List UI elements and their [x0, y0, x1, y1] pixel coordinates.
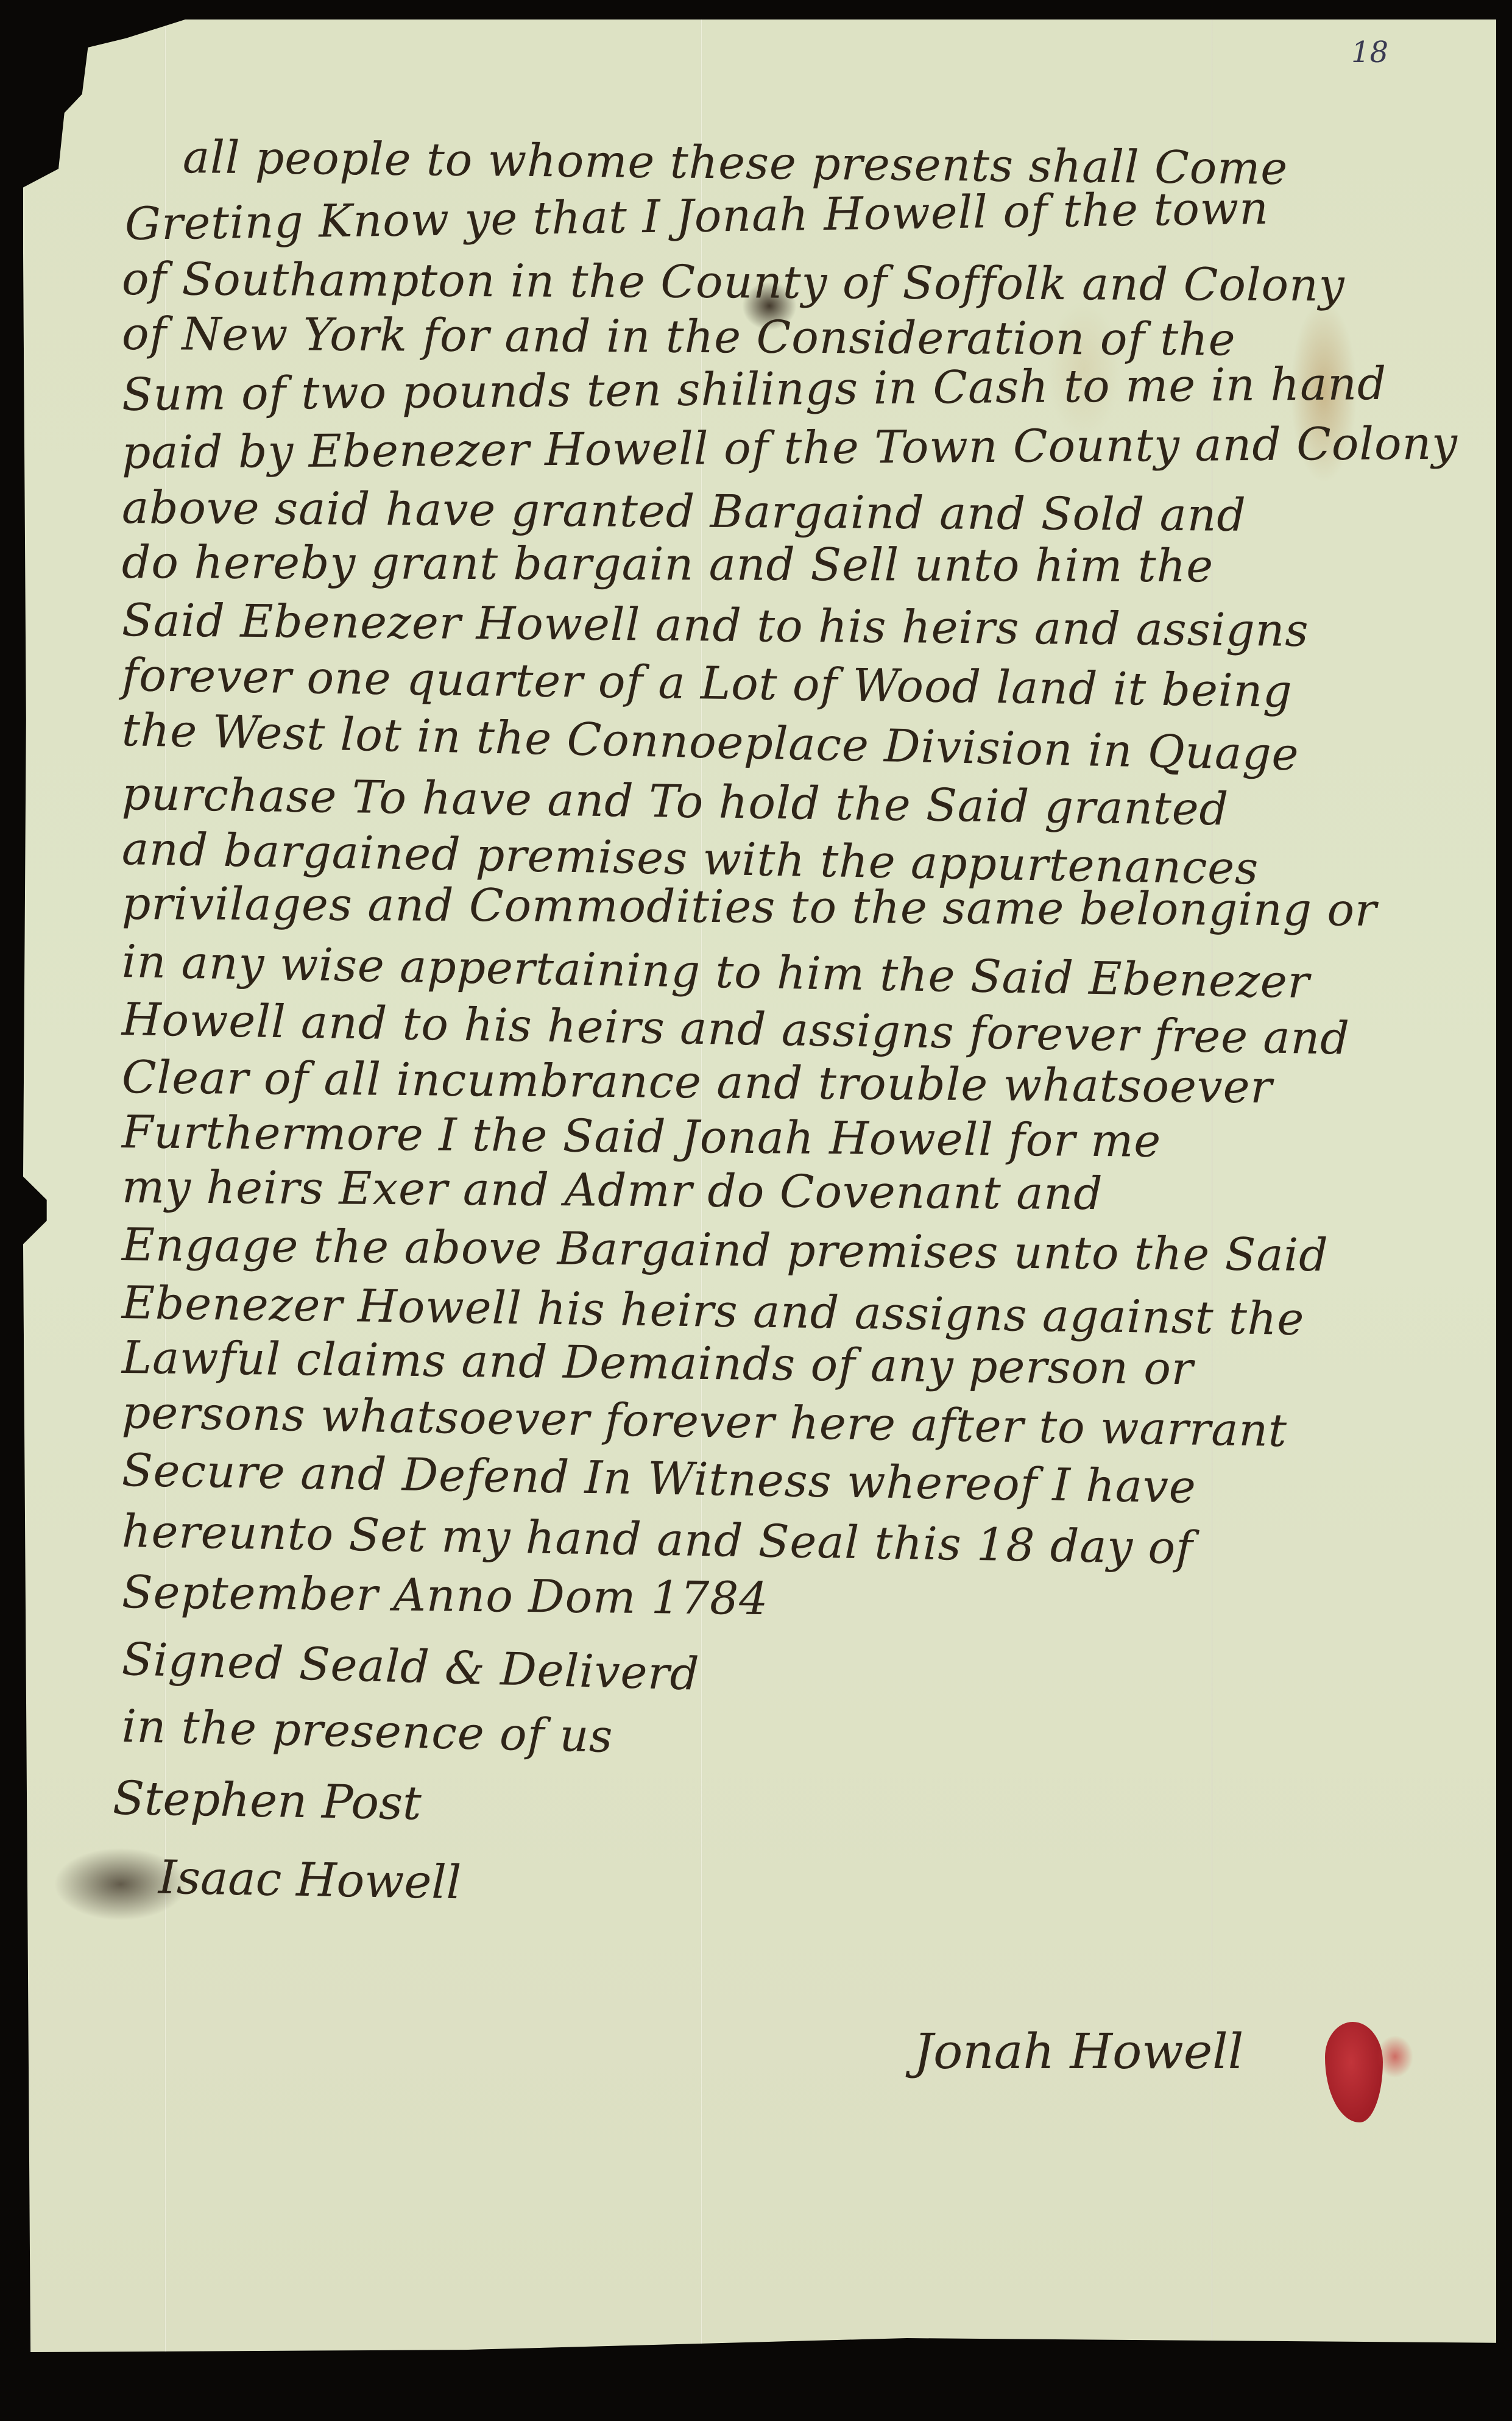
wax-seal-smear: [1377, 2035, 1413, 2078]
witness-signature: Stephen Post: [112, 1771, 422, 1831]
body-line: Engage the above Bargaind premises unto …: [122, 1219, 1329, 1281]
body-line: September Anno Dom 1784: [122, 1566, 769, 1625]
attestation-line: in the presence of us: [121, 1700, 613, 1763]
body-line: Furthermore I the Said Jonah Howell for …: [122, 1106, 1162, 1168]
body-line: privilages and Commodities to the same b…: [122, 877, 1377, 937]
body-line: of New York for and in the Consideration…: [122, 308, 1236, 366]
body-line: of Southampton in the County of Soffolk …: [122, 253, 1345, 312]
body-line: Sum of two pounds ten shilings in Cash t…: [122, 358, 1387, 421]
grantor-signature: Jonah Howell: [914, 2023, 1243, 2080]
body-line: above said have granted Bargaind and Sol…: [122, 481, 1246, 542]
body-line: Said Ebenezer Howell and to his heirs an…: [122, 594, 1309, 657]
body-line: do hereby grant bargain and Sell unto hi…: [122, 536, 1213, 592]
witness-signature: Isaac Howell: [158, 1850, 462, 1910]
body-line: paid by Ebenezer Howell of the Town Coun…: [122, 417, 1458, 479]
body-line: Clear of all incumbrance and trouble wha…: [122, 1051, 1273, 1113]
body-line: Lawful claims and Demainds of any person…: [122, 1331, 1194, 1395]
folio-number: 18: [1351, 35, 1388, 69]
body-line: my heirs Exer and Admr do Covenant and: [122, 1161, 1103, 1220]
